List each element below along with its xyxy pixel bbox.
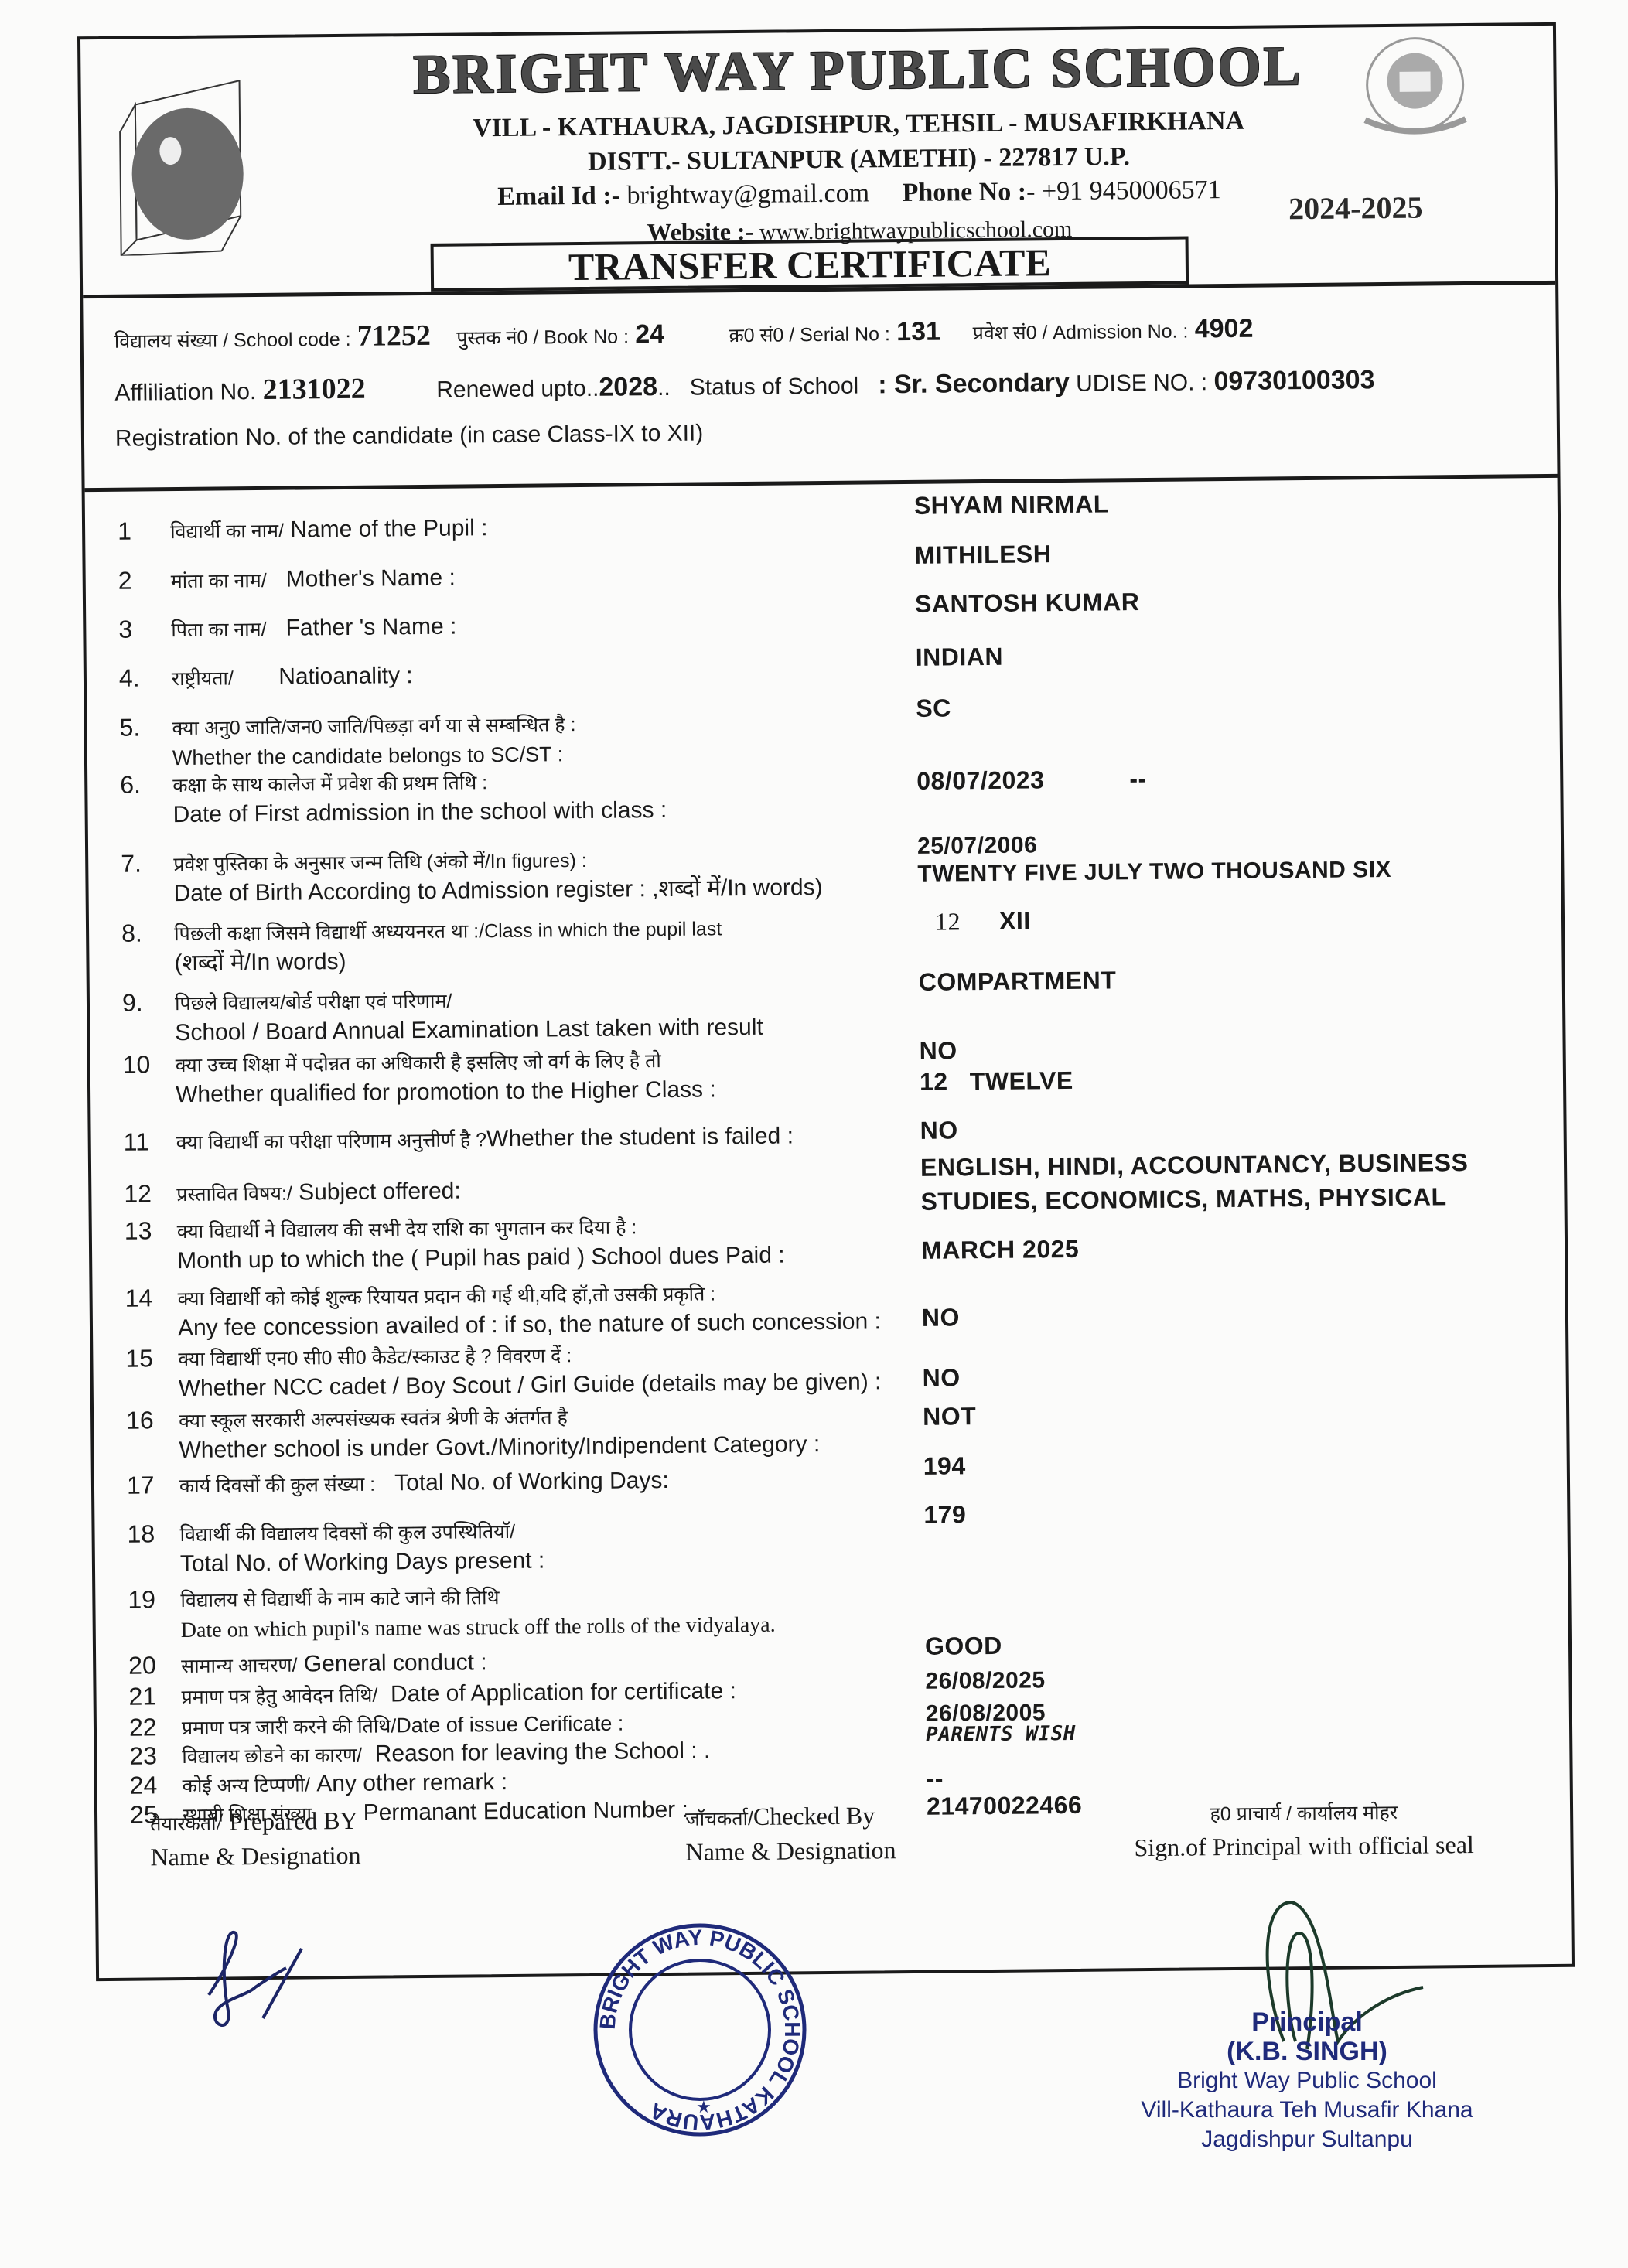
field-number: 18: [127, 1519, 155, 1548]
book-no-value: 24: [635, 319, 664, 349]
label-hindi: विद्यार्थी का नाम/: [170, 520, 284, 543]
school-address-line2: DISTT.- SULTANPUR (AMETHI) - 227817 U.P.: [336, 139, 1381, 180]
field-number: 22: [129, 1713, 157, 1741]
serial-no-value: 131: [896, 317, 940, 347]
label-english: Date of issue Cerificate :: [396, 1712, 623, 1738]
school-name: BRIGHT WAY PUBLIC SCHOOL: [336, 33, 1381, 107]
label-hindi: पिछली कक्षा जिसमे विद्यार्थी अध्ययनरत था…: [174, 918, 722, 945]
field-number: 7.: [121, 849, 142, 878]
principal-sign-hindi: ह0 प्राचार्य / कार्यालय मोहर: [1210, 1802, 1398, 1825]
label-english: Any fee concession availed of : if so, t…: [178, 1308, 881, 1341]
field-label: पिछले विद्यालय/बोर्ड परीक्षा एवं परिणाम/…: [175, 981, 995, 1048]
field-number: 15: [125, 1344, 153, 1373]
label-english: Whether NCC cadet / Boy Scout / Girl Gui…: [179, 1369, 882, 1401]
field-number: 20: [128, 1651, 156, 1680]
field-label: कार्य दिवसों की कुल संख्या : Total No. o…: [179, 1463, 999, 1501]
renewed-label: Renewed upto..: [436, 376, 599, 403]
registration-label: Registration No. of the candidate (in ca…: [115, 420, 704, 452]
field-label: क्या विद्यार्थी का परीक्षा परिणाम अनुत्त…: [176, 1120, 996, 1158]
label-hindi: कार्य दिवसों की कुल संख्या :: [179, 1474, 375, 1497]
label-hindi: प्रवेश पुस्तिका के अनुसार जन्म तिथि (अंक…: [173, 850, 587, 875]
field-label: विद्यार्थी का नाम/ Name of the Pupil :: [170, 509, 990, 547]
admission-no-value: 4902: [1195, 314, 1254, 344]
label-hindi: प्रमाण पत्र जारी करने की तिथि/: [182, 1715, 397, 1739]
nationality-value: INDIAN: [916, 633, 1511, 674]
label-english: Subject offered:: [299, 1178, 461, 1206]
label-english: Permanant Education Number :: [363, 1797, 688, 1826]
exam-result-value: COMPARTMENT: [919, 958, 1514, 999]
last-class-figures: 12: [935, 907, 961, 935]
affiliation-label: Affliliation No.: [114, 379, 256, 406]
dob-words: TWENTY FIVE JULY TWO THOUSAND SIX: [917, 857, 1391, 887]
dob-value: 25/07/2006TWENTY FIVE JULY TWO THOUSAND …: [917, 827, 1514, 888]
principal-sign-block: ह0 प्राचार्य / कार्यालय मोहर Sign.of Pri…: [1134, 1793, 1474, 1864]
label-hindi: क्या उच्च शिक्षा में पदोन्नत का अधिकारी …: [176, 1050, 661, 1076]
document-page: BRIGHT WAY PUBLIC SCHOOL VILL - KATHAURA…: [0, 0, 1628, 2268]
meta-row-affiliation: Affliliation No. 2131022 Renewed upto..2…: [114, 362, 1375, 408]
label-hindi: मांता का नाम/: [171, 570, 267, 592]
principal-name: (K.B. SINGH): [1114, 2037, 1500, 2066]
label-hindi: क्या विद्यार्थी ने विद्यालय की सभी देय र…: [177, 1216, 637, 1243]
certificate-title: TRANSFER CERTIFICATE: [431, 236, 1189, 291]
label-english: Mother's Name :: [286, 565, 456, 592]
general-conduct-value: GOOD: [925, 1622, 1520, 1663]
leaving-reason-value: PARENTS WISH: [926, 1711, 1521, 1752]
field-number: 5.: [119, 713, 140, 742]
label-english: Date on which pupil's name was struck of…: [181, 1613, 776, 1642]
field-number: 14: [125, 1284, 152, 1312]
father-name-value: SANTOSH KUMAR: [915, 580, 1510, 621]
first-admission-value: 08/07/2023--: [916, 757, 1512, 798]
label-hindi: सामान्य आचरण/: [181, 1655, 298, 1677]
field-row: 11 क्या विद्यार्थी का परीक्षा परिणाम अनु…: [91, 1114, 1564, 1128]
label-english: Total No. of Working Days present :: [180, 1548, 545, 1577]
label-english: Whether school is under Govt./Minority/I…: [179, 1431, 820, 1463]
svg-text:★: ★: [696, 2097, 712, 2116]
school-code-value: 71252: [357, 319, 431, 353]
field-number: 8.: [121, 919, 142, 947]
subjects-value: ENGLISH, HINDI, ACCOUNTANCY, BUSINESS ST…: [920, 1145, 1509, 1219]
meta-row-codes: विद्यालय संख्या / School code : 71252 पु…: [114, 311, 1254, 356]
label-english: Date of Birth According to Admission reg…: [173, 875, 822, 906]
prepared-by-label: / Prepared BY: [216, 1806, 357, 1836]
first-admission-date: 08/07/2023: [916, 766, 1044, 795]
label-english: Father 's Name :: [285, 614, 456, 641]
label-english: (शब्दों मे/In words): [174, 949, 346, 976]
last-class-value: 12XII: [918, 898, 1514, 939]
field-number: 12: [124, 1179, 152, 1208]
label-english: General conduct :: [304, 1649, 487, 1676]
field-label: क्या विद्यार्थी ने विद्यालय की सभी देय र…: [177, 1209, 998, 1276]
field-label: क्या स्कूल सरकारी अल्पसंख्यक स्वतंत्र श्…: [179, 1398, 999, 1465]
label-english: Date of Application for certificate :: [391, 1678, 736, 1707]
principal-stamp: Principal (K.B. SINGH) Bright Way Public…: [1114, 2007, 1500, 2154]
field-row: 4. राष्ट्रीयता/ Natioanality : INDIAN: [87, 650, 1559, 664]
board-emblem-icon: [1349, 34, 1481, 152]
phone-value: +91 9450006571: [1042, 176, 1221, 206]
failed-value: NO: [920, 1107, 1515, 1148]
field-label: विद्यार्थी की विद्यालय दिवसों की कुल उपस…: [179, 1512, 1000, 1579]
checked-by-block: जॉचकर्ता/Checked By Name & Designation: [685, 1799, 896, 1868]
working-days-value: 194: [923, 1442, 1519, 1483]
field-number: 11: [124, 1127, 150, 1156]
field-row: 3 पिता का नाम/ Father 's Name : SANTOSH …: [86, 602, 1558, 616]
label-english: Any other remark :: [316, 1769, 507, 1796]
prepared-by-designation: Name & Designation: [150, 1841, 360, 1871]
label-english: Reason for leaving the School : .: [375, 1738, 711, 1766]
days-present-value: 179: [923, 1491, 1519, 1532]
label-hindi: प्रमाण पत्र हेतु आवेदन तिथि/: [181, 1685, 377, 1708]
label-hindi: राष्ट्रीयता/: [172, 667, 234, 690]
field-row: 12 प्रस्तावित विषय:/ Subject offered: EN…: [91, 1166, 1564, 1180]
label-hindi: क्या विद्यार्थी एन0 सी0 सी0 कैडेट/स्काउट…: [178, 1345, 572, 1370]
label-hindi: विद्यालय से विद्यार्थी के नाम काटे जाने …: [180, 1587, 499, 1611]
field-label: प्रस्तावित विषय:/ Subject offered:: [176, 1172, 996, 1209]
category-value: SC: [916, 684, 1511, 725]
fee-concession-value: NO: [922, 1294, 1517, 1335]
dues-paid-value: MARCH 2025: [921, 1226, 1517, 1267]
label-english: Natioanality :: [278, 663, 413, 690]
school-code-label: विद्यालय संख्या / School code :: [114, 329, 351, 353]
promotion-value: NO12 TWELVE: [919, 1029, 1515, 1096]
stamp-school-name: Bright Way Public School: [1114, 2066, 1500, 2096]
promotion-class: 12 TWELVE: [920, 1066, 1073, 1096]
status-value: : Sr. Secondary: [878, 368, 1070, 399]
label-hindi: पिता का नाम/: [171, 619, 266, 641]
udise-label: UDISE NO. :: [1076, 370, 1207, 397]
prepared-by-signature-icon: [193, 1925, 333, 2041]
field-number: 23: [129, 1741, 157, 1770]
struck-off-date-value: [924, 1572, 1520, 1577]
serial-no-label: क्र0 सं0 / Serial No :: [729, 323, 890, 346]
field-number: 6.: [120, 770, 141, 799]
label-hindi: क्या विद्यार्थी का परीक्षा परिणाम अनुत्त…: [176, 1129, 487, 1154]
field-label: प्रवेश पुस्तिका के अनुसार जन्म तिथि (अंक…: [173, 841, 994, 909]
certificate-meta: विद्यालय संख्या / School code : 71252 पु…: [83, 285, 1557, 484]
field-label: कक्षा के साथ कालेज में प्रवेश की प्रथम त…: [172, 762, 993, 830]
label-english: Date of First admission in the school wi…: [172, 797, 667, 827]
field-number: 21: [128, 1682, 156, 1710]
dob-figures: 25/07/2006: [917, 832, 1037, 858]
label-hindi: विद्यालय छोडने का कारण/: [182, 1744, 362, 1768]
certificate-frame: BRIGHT WAY PUBLIC SCHOOL VILL - KATHAURA…: [77, 22, 1575, 1981]
field-number: 10: [123, 1050, 151, 1079]
phone-label: Phone No :-: [902, 177, 1035, 207]
admission-no-label: प्रवेश सं0 / Admission No. :: [973, 320, 1189, 344]
field-label: पिछली कक्षा जिसमे विद्यार्थी अध्ययनरत था…: [174, 911, 995, 978]
certificate-header: BRIGHT WAY PUBLIC SCHOOL VILL - KATHAURA…: [80, 26, 1555, 295]
field-number: 9.: [122, 988, 143, 1017]
principal-sign-label: Sign.of Principal with official seal: [1134, 1830, 1474, 1861]
promotion-qualified: NO: [919, 1036, 957, 1064]
ncc-value: NO: [922, 1354, 1517, 1395]
status-label: Status of School: [690, 373, 859, 401]
field-number: 1: [118, 517, 131, 546]
label-english: School / Board Annual Examination Last t…: [175, 1015, 763, 1045]
academic-session: 2024-2025: [1288, 189, 1423, 227]
label-hindi: प्रस्तावित विषय:/: [176, 1183, 292, 1206]
field-number: 13: [125, 1216, 152, 1245]
udise-value: 09730100303: [1213, 365, 1374, 396]
field-number: 4.: [119, 663, 140, 692]
label-english: Total No. of Working Days:: [394, 1468, 669, 1496]
label-english: Whether the candidate belongs to SC/ST :: [172, 742, 564, 769]
field-row: 7. प्रवेश पुस्तिका के अनुसार जन्म तिथि (…: [88, 836, 1561, 850]
checked-by-label: Checked By: [753, 1801, 875, 1830]
school-category-value: NOT: [923, 1393, 1518, 1434]
field-label: राष्ट्रीयता/ Natioanality :: [172, 656, 991, 694]
label-english: Name of the Pupil :: [290, 515, 487, 542]
field-label: क्या उच्च शिक्षा में पदोन्नत का अधिकारी …: [176, 1042, 996, 1110]
field-row: 2 मांता का नाम/ Mother's Name : MITHILES…: [86, 553, 1558, 567]
pupil-name-value: SHYAM NIRMAL: [914, 482, 1510, 523]
renewed-suffix: ..: [657, 375, 671, 401]
email-label: Email Id :-: [497, 182, 620, 212]
prepared-by-block: तैयारकर्ता/ Prepared BY Name & Designati…: [150, 1804, 361, 1874]
field-row: 5. क्या अनु0 जाति/जन0 जाति/पिछड़ा वर्ग य…: [87, 700, 1559, 714]
label-english: Month up to which the ( Pupil has paid )…: [177, 1243, 785, 1274]
school-logo-icon: [115, 77, 260, 256]
label-english: Whether the student is failed :: [486, 1123, 794, 1151]
field-row: 8. पिछली कक्षा जिसमे विद्यार्थी अध्ययनरत…: [89, 905, 1561, 919]
first-admission-class: --: [1129, 765, 1147, 793]
field-label: क्या विद्यार्थी को कोई शुल्क रियायत प्रद…: [177, 1276, 998, 1343]
label-hindi: कक्षा के साथ कालेज में प्रवेश की प्रथम त…: [172, 772, 487, 796]
stamp-address-line2: Jagdishpur Sultanpu: [1114, 2125, 1500, 2154]
book-no-label: पुस्तक नं0 / Book No :: [456, 326, 629, 349]
label-hindi: पिछले विद्यालय/बोर्ड परीक्षा एवं परिणाम/: [175, 991, 452, 1015]
field-number: 16: [126, 1406, 154, 1434]
school-seal-icon: BRIGHT WAY PUBLIC SCHOOL KATHAURA ★: [588, 1910, 812, 2150]
field-label: क्या अनु0 जाति/जन0 जाति/पिछड़ा वर्ग या स…: [172, 705, 992, 772]
field-row: 1 विद्यार्थी का नाम/ Name of the Pupil :…: [85, 503, 1558, 517]
field-label: क्या विद्यार्थी एन0 सी0 सी0 कैडेट/स्काउट…: [178, 1336, 998, 1403]
renewed-value: 2028: [599, 372, 657, 402]
label-english: Whether qualified for promotion to the H…: [176, 1076, 716, 1107]
email-value: brightway@gmail.com: [626, 179, 869, 210]
label-hindi: क्या स्कूल सरकारी अल्पसंख्यक स्वतंत्र श्…: [179, 1407, 568, 1432]
label-hindi: क्या अनु0 जाति/जन0 जाति/पिछड़ा वर्ग या स…: [172, 714, 575, 739]
affiliation-value: 2131022: [262, 373, 365, 406]
field-label: पिता का नाम/ Father 's Name :: [171, 607, 991, 645]
label-hindi: क्या विद्यार्थी को कोई शुल्क रियायत प्रद…: [178, 1283, 716, 1310]
checked-by-hindi: जॉचकर्ता/: [685, 1808, 753, 1830]
contact-line: Email Id :- brightway@gmail.com Phone No…: [337, 174, 1381, 213]
field-label: मांता का नाम/ Mother's Name :: [171, 558, 991, 596]
field-number: 3: [118, 616, 132, 644]
stamp-address-line1: Vill-Kathaura Teh Musafir Khana: [1114, 2096, 1500, 2125]
checked-by-designation: Name & Designation: [685, 1836, 896, 1866]
field-label: विद्यालय से विद्यार्थी के नाम काटे जाने …: [180, 1577, 1001, 1646]
school-address-line1: VILL - KATHAURA, JAGDISHPUR, TEHSIL - MU…: [336, 104, 1381, 145]
field-row: 18 विद्यार्थी की विद्यालय दिवसों की कुल …: [94, 1506, 1567, 1520]
last-class-words: XII: [999, 906, 1031, 934]
field-number: 24: [130, 1771, 158, 1799]
label-hindi: विद्यार्थी की विद्यालय दिवसों की कुल उपस…: [179, 1521, 515, 1546]
field-number: 2: [118, 567, 132, 595]
principal-title: Principal: [1114, 2007, 1500, 2037]
field-row: 9. पिछले विद्यालय/बोर्ड परीक्षा एवं परिण…: [90, 975, 1562, 989]
label-hindi: कोई अन्य टिप्पणी/: [183, 1774, 311, 1797]
prepared-by-hindi: तैयारकर्ता: [150, 1813, 217, 1836]
field-number: 17: [127, 1471, 155, 1499]
field-number: 19: [128, 1585, 155, 1614]
mother-name-value: MITHILESH: [914, 531, 1510, 572]
